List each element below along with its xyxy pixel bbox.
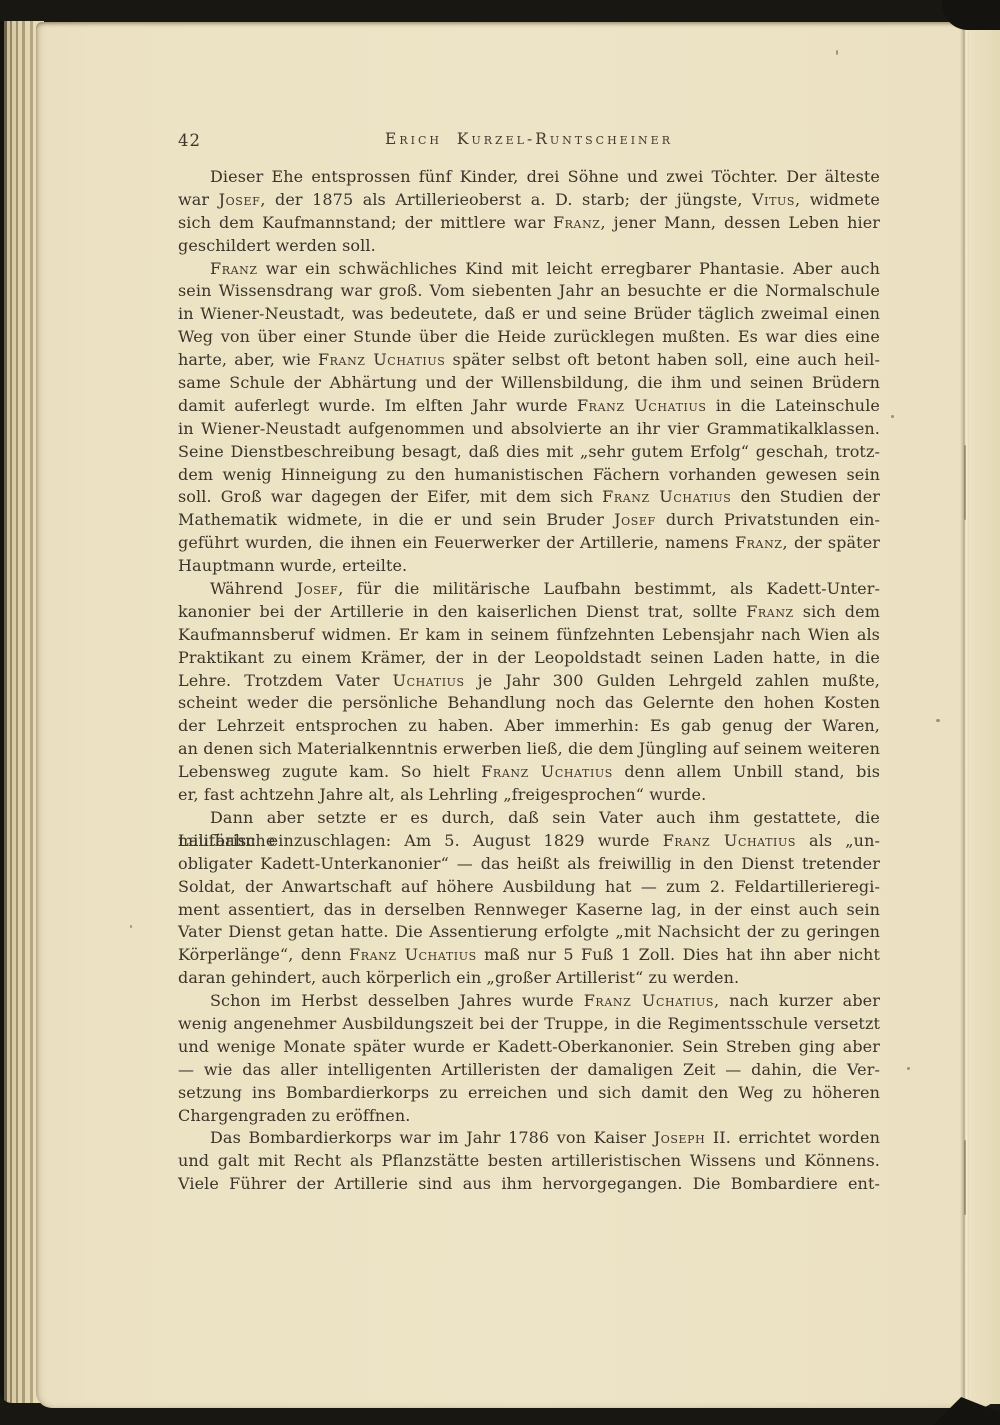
paper-speck <box>891 415 894 418</box>
text-line: und galt mit Recht als Pflanzstätte best… <box>178 1150 880 1173</box>
text-line: Dann aber setzte er es durch, daß sein V… <box>178 807 880 830</box>
paragraph: Während Josef, für die militärische Lauf… <box>178 578 880 807</box>
text-segment: Lebensweg zugute kam. So hielt <box>178 762 481 781</box>
small-caps-name: Franz Uchatius <box>584 991 714 1010</box>
text-segment: je Jahr 300 Gulden Lehrgeld zahlen mußte… <box>465 671 880 690</box>
text-segment: damit auferlegt wurde. Im elften Jahr wu… <box>178 396 577 415</box>
small-caps-name: Josef <box>297 579 339 598</box>
text-segment: , nach kurzer aber <box>714 991 880 1010</box>
text-segment: II. errichtet worden <box>705 1128 880 1147</box>
small-caps-name: Franz Uchatius <box>318 350 445 369</box>
text-segment: den Studien der <box>731 487 880 506</box>
text-segment: Hauptmann wurde, erteilte. <box>178 556 407 575</box>
text-segment: Laufbahn einzuschlagen: Am 5. August 182… <box>178 831 663 850</box>
text-line: an denen sich Materialkenntnis erwerben … <box>178 738 880 761</box>
text-line: Chargengraden zu eröffnen. <box>178 1105 880 1128</box>
small-caps-name: Franz Uchatius <box>602 487 731 506</box>
text-segment: ment assentiert, das in derselben Rennwe… <box>178 900 880 919</box>
text-segment: Seine Dienstbeschreibung besagt, daß die… <box>178 442 880 461</box>
running-header: Erich Kurzel-Runtscheiner <box>178 130 880 148</box>
small-caps-name: Vitus <box>752 190 795 209</box>
facing-page-sliver <box>969 24 1000 1404</box>
text-line: setzung ins Bombardierkorps zu erreichen… <box>178 1082 880 1105</box>
text-segment: geführt wurden, die ihnen ein Feuerwerke… <box>178 533 735 552</box>
text-segment: Während <box>210 579 297 598</box>
text-line: Schon im Herbst desselben Jahres wurde F… <box>178 990 880 1013</box>
text-segment: Praktikant zu einem Krämer, der in der L… <box>178 648 880 667</box>
text-segment: kanonier bei der Artillerie in den kaise… <box>178 602 746 621</box>
text-segment: Mathematik widmete, in die er und sein B… <box>178 510 614 529</box>
text-line: Viele Führer der Artillerie sind aus ihm… <box>178 1173 880 1196</box>
text-segment: in Wiener-Neustadt, was bedeutete, daß e… <box>178 304 880 323</box>
text-segment: — wie das aller intelligenten Artilleris… <box>178 1060 880 1079</box>
fold-crease-bottom <box>964 1140 966 1215</box>
paper-speck <box>907 1067 910 1070</box>
page-number: 42 <box>178 131 201 150</box>
text-segment: Körperlänge“, denn <box>178 945 349 964</box>
text-segment: Viele Führer der Artillerie sind aus ihm… <box>178 1174 880 1193</box>
small-caps-name: Franz Uchatius <box>663 831 796 850</box>
text-line: Franz war ein schwächliches Kind mit lei… <box>178 258 880 281</box>
paragraph: Dieser Ehe entsprossen fünf Kinder, drei… <box>178 166 880 258</box>
text-segment: sein Wissensdrang war groß. Vom siebente… <box>178 281 880 300</box>
text-line: sich dem Kaufmannstand; der mittlere war… <box>178 212 880 235</box>
paper-speck <box>836 50 838 55</box>
text-line: dem wenig Hinneigung zu den humanistisch… <box>178 464 880 487</box>
text-line: in Wiener-Neustadt aufgenommen und absol… <box>178 418 880 441</box>
text-segment: daran gehindert, auch körperlich ein „gr… <box>178 968 739 987</box>
text-segment: der Lehrzeit entsprochen zu haben. Aber … <box>178 716 880 735</box>
text-segment: , für die militärische Laufbahn bestimmt… <box>338 579 880 598</box>
text-segment: später selbst oft betont haben soll, ein… <box>445 350 880 369</box>
text-line: geschildert werden soll. <box>178 235 880 258</box>
paragraph: Schon im Herbst desselben Jahres wurde F… <box>178 990 880 1127</box>
text-line: in Wiener-Neustadt, was bedeutete, daß e… <box>178 303 880 326</box>
text-segment: wenig angenehmer Ausbildungszeit bei der… <box>178 1014 880 1033</box>
paper-speck <box>936 719 940 722</box>
text-segment: scheint weder die persönliche Behandlung… <box>178 693 880 712</box>
text-line: wenig angenehmer Ausbildungszeit bei der… <box>178 1013 880 1036</box>
small-caps-name: Josef <box>614 510 656 529</box>
small-caps-name: Franz <box>735 533 783 552</box>
text-line: daran gehindert, auch körperlich ein „gr… <box>178 967 880 990</box>
small-caps-name: Josef <box>219 190 261 209</box>
text-segment: harte, aber, wie <box>178 350 318 369</box>
text-segment: an denen sich Materialkenntnis erwerben … <box>178 739 880 758</box>
text-line: er, fast achtzehn Jahre alt, als Lehrlin… <box>178 784 880 807</box>
paper-speck <box>130 925 132 928</box>
text-segment: soll. Groß war dagegen der Eifer, mit de… <box>178 487 602 506</box>
text-line: scheint weder die persönliche Behandlung… <box>178 692 880 715</box>
text-line: harte, aber, wie Franz Uchatius später s… <box>178 349 880 372</box>
text-line: soll. Groß war dagegen der Eifer, mit de… <box>178 486 880 509</box>
text-segment: Kaufmannsberuf widmen. Er kam in seinem … <box>178 625 880 644</box>
text-segment: Vater Dienst getan hatte. Die Assentieru… <box>178 922 880 941</box>
text-segment: in die Lateinschule <box>706 396 880 415</box>
text-segment: Chargengraden zu eröffnen. <box>178 1106 410 1125</box>
text-segment: , der 1875 als Artillerieoberst a. D. st… <box>260 190 752 209</box>
text-segment: Schon im Herbst desselben Jahres wurde <box>210 991 584 1010</box>
text-line: obligater Kadett-Unterkanonier“ — das he… <box>178 853 880 876</box>
text-segment: war <box>178 190 219 209</box>
small-caps-name: Franz Uchatius <box>577 396 706 415</box>
small-caps-name: Franz <box>746 602 794 621</box>
text-line: same Schule der Abhärtung und der Willen… <box>178 372 880 395</box>
text-line: und wenige Monate später wurde er Kadett… <box>178 1036 880 1059</box>
text-line: der Lehrzeit entsprochen zu haben. Aber … <box>178 715 880 738</box>
text-line: kanonier bei der Artillerie in den kaise… <box>178 601 880 624</box>
text-line: Soldat, der Anwartschaft auf höhere Ausb… <box>178 876 880 899</box>
text-line: — wie das aller intelligenten Artilleris… <box>178 1059 880 1082</box>
text-segment: und galt mit Recht als Pflanzstätte best… <box>178 1151 880 1170</box>
text-segment: , jener Mann, dessen Leben hier <box>601 213 880 232</box>
text-segment: geschildert werden soll. <box>178 236 376 255</box>
text-segment: setzung ins Bombardierkorps zu erreichen… <box>178 1083 880 1102</box>
text-line: Kaufmannsberuf widmen. Er kam in seinem … <box>178 624 880 647</box>
text-segment: sich dem Kaufmannstand; der mittlere war <box>178 213 553 232</box>
text-line: Dieser Ehe entsprossen fünf Kinder, drei… <box>178 166 880 189</box>
text-segment: dem wenig Hinneigung zu den humanistisch… <box>178 465 880 484</box>
scan-background: 42 Erich Kurzel-Runtscheiner Dieser Ehe … <box>0 0 1000 1425</box>
small-caps-name: Uchatius <box>393 671 465 690</box>
text-segment: und wenige Monate später wurde er Kadett… <box>178 1037 880 1056</box>
text-line: Körperlänge“, denn Franz Uchatius maß nu… <box>178 944 880 967</box>
text-segment: Soldat, der Anwartschaft auf höhere Ausb… <box>178 877 880 896</box>
text-segment: maß nur 5 Fuß 1 Zoll. Dies hat ihn aber … <box>477 945 880 964</box>
text-segment: , widmete <box>795 190 880 209</box>
text-segment: er, fast achtzehn Jahre alt, als Lehrlin… <box>178 785 706 804</box>
text-segment: Weg von über einer Stunde über die Heide… <box>178 327 880 346</box>
text-line: Lehre. Trotzdem Vater Uchatius je Jahr 3… <box>178 670 880 693</box>
text-line: Das Bombardierkorps war im Jahr 1786 von… <box>178 1127 880 1150</box>
text-segment: war ein schwächliches Kind mit leicht er… <box>258 259 880 278</box>
text-segment: Lehre. Trotzdem Vater <box>178 671 393 690</box>
text-line: Mathematik widmete, in die er und sein B… <box>178 509 880 532</box>
paragraph: Dann aber setzte er es durch, daß sein V… <box>178 807 880 990</box>
small-caps-name: Franz <box>553 213 601 232</box>
text-line: Praktikant zu einem Krämer, der in der L… <box>178 647 880 670</box>
text-line: geführt wurden, die ihnen ein Feuerwerke… <box>178 532 880 555</box>
small-caps-name: Franz Uchatius <box>481 762 613 781</box>
text-segment: denn allem Unbill stand, bis <box>613 762 880 781</box>
text-line: ment assentiert, das in derselben Rennwe… <box>178 899 880 922</box>
text-segment: obligater Kadett-Unterkanonier“ — das he… <box>178 854 880 873</box>
page-header: 42 Erich Kurzel-Runtscheiner <box>178 130 880 154</box>
paragraph: Franz war ein schwächliches Kind mit lei… <box>178 258 880 578</box>
text-line: Laufbahn einzuschlagen: Am 5. August 182… <box>178 830 880 853</box>
text-line: Lebensweg zugute kam. So hielt Franz Uch… <box>178 761 880 784</box>
small-caps-name: Franz <box>210 259 258 278</box>
text-segment: Das Bombardierkorps war im Jahr 1786 von… <box>210 1128 654 1147</box>
text-line: war Josef, der 1875 als Artillerieoberst… <box>178 189 880 212</box>
text-segment: in Wiener-Neustadt aufgenommen und absol… <box>178 419 880 438</box>
text-line: sein Wissensdrang war groß. Vom siebente… <box>178 280 880 303</box>
paragraph: Das Bombardierkorps war im Jahr 1786 von… <box>178 1127 880 1196</box>
text-line: Vater Dienst getan hatte. Die Assentieru… <box>178 921 880 944</box>
text-segment: , der später <box>783 533 880 552</box>
text-line: Weg von über einer Stunde über die Heide… <box>178 326 880 349</box>
text-line: Seine Dienstbeschreibung besagt, daß die… <box>178 441 880 464</box>
text-block: Dieser Ehe entsprossen fünf Kinder, drei… <box>178 166 880 1196</box>
text-line: Während Josef, für die militärische Lauf… <box>178 578 880 601</box>
text-segment: same Schule der Abhärtung und der Willen… <box>178 373 880 392</box>
text-segment: als „un- <box>796 831 880 850</box>
text-line: damit auferlegt wurde. Im elften Jahr wu… <box>178 395 880 418</box>
text-line: Hauptmann wurde, erteilte. <box>178 555 880 578</box>
text-segment: Dieser Ehe entsprossen fünf Kinder, drei… <box>210 167 880 186</box>
small-caps-name: Franz Uchatius <box>349 945 477 964</box>
text-segment: durch Privatstunden ein- <box>656 510 880 529</box>
small-caps-name: Joseph <box>654 1128 706 1147</box>
fold-crease-top <box>964 445 966 520</box>
text-segment: sich dem <box>794 602 880 621</box>
